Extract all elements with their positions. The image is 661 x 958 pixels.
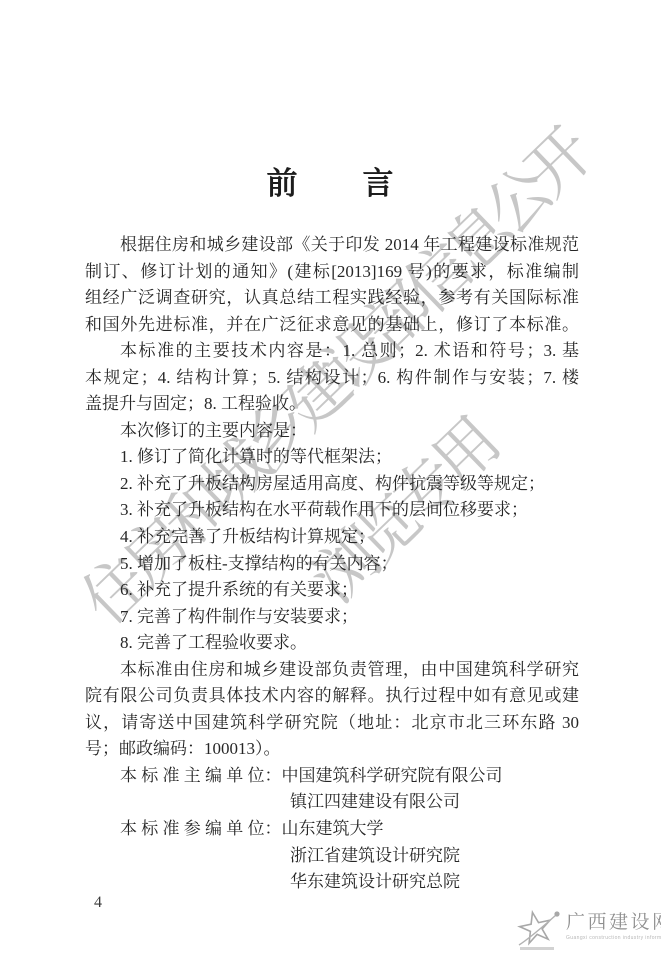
- body-text: 根据住房和城乡建设部《关于印发 2014 年工程建设标准规范制订、修订计划的通知…: [85, 232, 579, 896]
- text-line: 5. 增加了板柱-支撑结构的有关内容；: [85, 551, 579, 578]
- logo-name: 广西建设网: [566, 911, 661, 935]
- text-line: 镇江四建建设有限公司: [85, 789, 579, 816]
- document-page: 住房和城乡建设部信息公开 浏览专用 前 言 根据住房和城乡建设部《关于印发 20…: [0, 0, 661, 958]
- logo-text-block: 广西建设网 Guangxi construction industry info…: [566, 905, 661, 942]
- text-line: 根据住房和城乡建设部《关于印发 2014 年工程建设标准规范: [85, 232, 579, 259]
- text-line: 议，请寄送中国建筑科学研究院（地址：北京市北三环东路 30: [85, 710, 579, 737]
- text-line: 制订、修订计划的通知》(建标[2013]169 号)的要求，标准编制: [85, 259, 579, 286]
- logo-micro-text: [520, 947, 554, 950]
- text-line: 本标准由住房和城乡建设部负责管理，由中国建筑科学研究: [85, 657, 579, 684]
- text-line: 组经广泛调查研究，认真总结工程实践经验，参考有关国际标准: [85, 285, 579, 312]
- text-line: 本标准的主要技术内容是：1. 总则；2. 术语和符号；3. 基: [85, 338, 579, 365]
- text-line: 2. 补充了升板结构房屋适用高度、构件抗震等级等规定；: [85, 471, 579, 498]
- text-line: 号；邮政编码：100013）。: [85, 736, 579, 763]
- text-line: 3. 补充了升板结构在水平荷载作用下的层间位移要求；: [85, 497, 579, 524]
- text-line: 盖提升与固定；8. 工程验收。: [85, 391, 579, 418]
- logo-star-wrap: [517, 905, 561, 950]
- text-line: 和国外先进标准，并在广泛征求意见的基础上，修订了本标准。: [85, 312, 579, 339]
- page-title: 前 言: [0, 158, 661, 203]
- text-line: 1. 修订了简化计算时的等代框架法；: [85, 444, 579, 471]
- logo-tagline: Guangxi construction industry informatio…: [566, 935, 661, 942]
- text-line: 本 标 准 主 编 单 位：中国建筑科学研究院有限公司: [85, 763, 579, 790]
- text-line: 6. 补充了提升系统的有关要求；: [85, 577, 579, 604]
- star-icon: [517, 905, 561, 951]
- text-line: 4. 补充完善了升板结构计算规定；: [85, 524, 579, 551]
- text-line: 本 标 准 参 编 单 位：山东建筑大学: [85, 816, 579, 843]
- text-line: 本次修订的主要内容是：: [85, 418, 579, 445]
- text-line: 8. 完善了工程验收要求。: [85, 630, 579, 657]
- text-line: 华东建筑设计研究总院: [85, 869, 579, 896]
- site-logo: 广西建设网 Guangxi construction industry info…: [517, 905, 661, 950]
- text-line: 本规定；4. 结构计算；5. 结构设计；6. 构件制作与安装；7. 楼: [85, 365, 579, 392]
- text-line: 院有限公司负责具体技术内容的解释。执行过程中如有意见或建: [85, 683, 579, 710]
- page-number: 4: [94, 894, 102, 912]
- text-line: 7. 完善了构件制作与安装要求；: [85, 604, 579, 631]
- text-line: 浙江省建筑设计研究院: [85, 843, 579, 870]
